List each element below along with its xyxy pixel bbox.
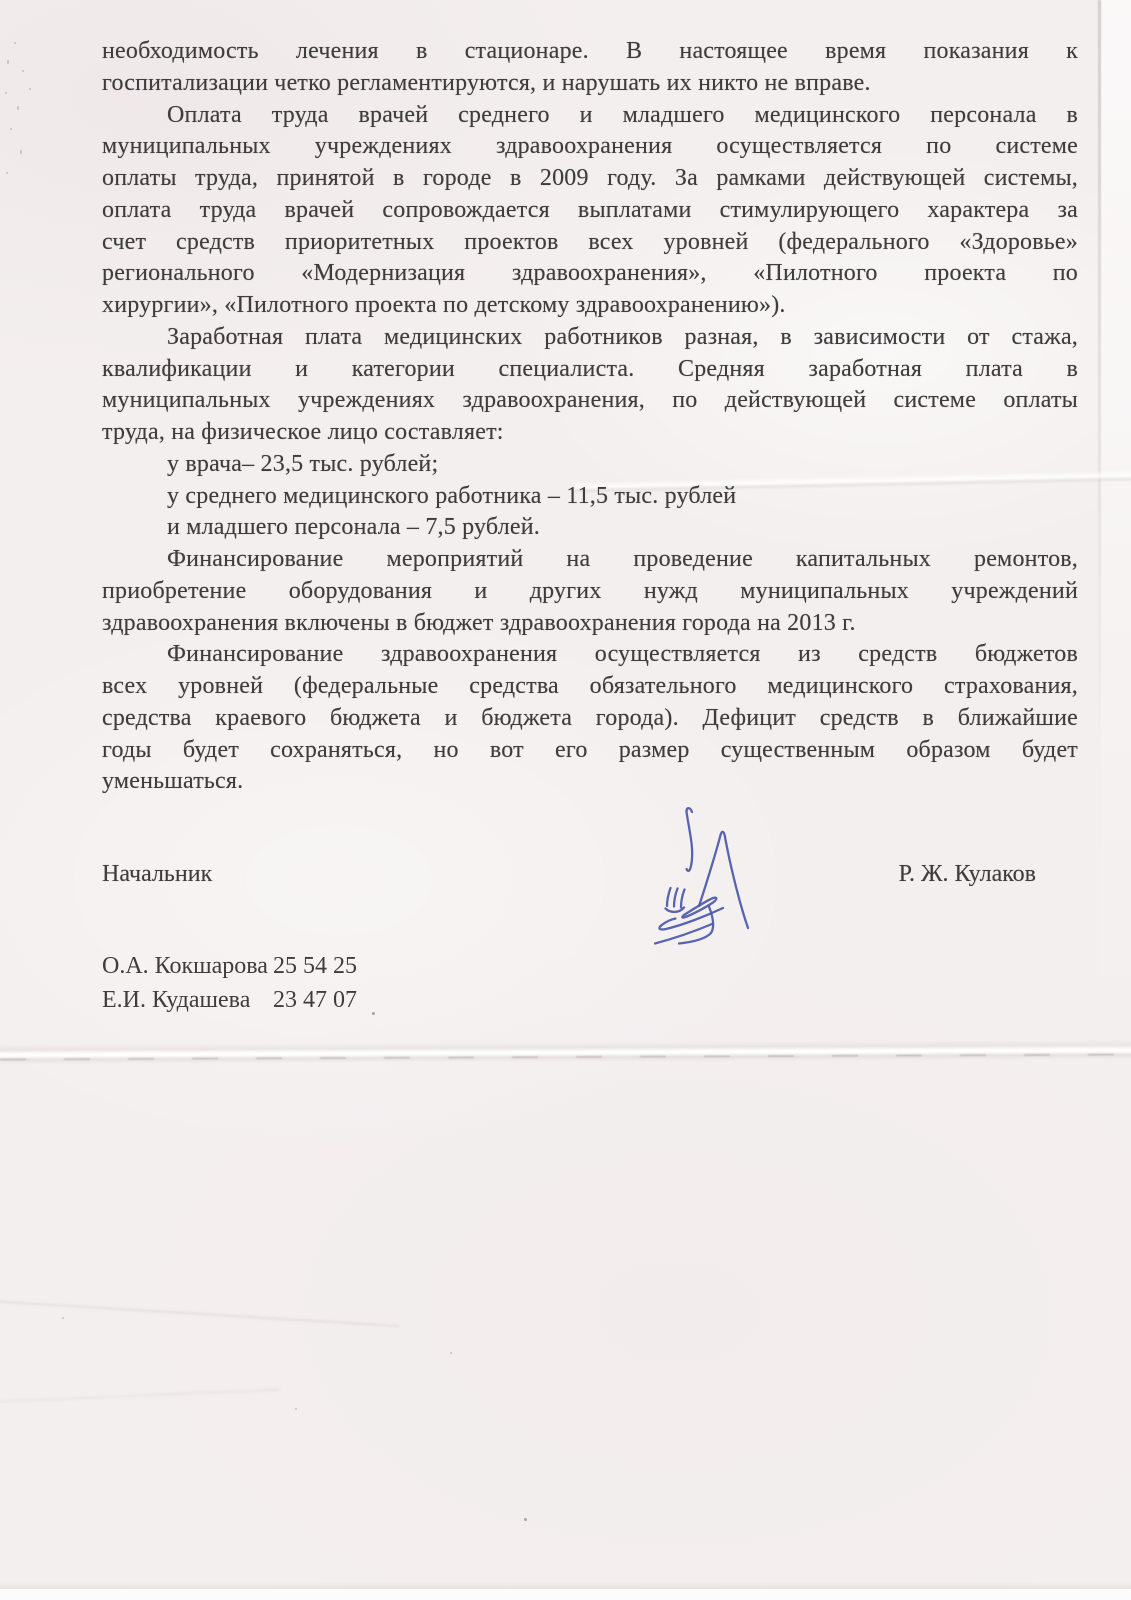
dust-speck <box>7 60 9 64</box>
letter-line: труда, на физическое лицо составляет: <box>102 417 1078 449</box>
executor-contacts: О.А. Кокшарова25 54 25Е.И. Кудашева23 47… <box>102 950 357 1017</box>
letter-line: здравоохранения включены в бюджет здраво… <box>102 608 1078 640</box>
letter-line: всех уровней (федеральные средства обяза… <box>102 671 1078 703</box>
letter-line: Финансирование мероприятий на проведение… <box>102 544 1078 576</box>
contact-row: О.А. Кокшарова25 54 25 <box>102 950 357 984</box>
letter-line: необходимость лечения в стационаре. В на… <box>102 36 1078 68</box>
letter-body: необходимость лечения в стационаре. В на… <box>102 36 1078 798</box>
contact-phone: 23 47 07 <box>273 987 357 1013</box>
contact-name: О.А. Кокшарова <box>102 950 273 984</box>
contact-phone: 25 54 25 <box>273 953 357 979</box>
right-fold-crease-line <box>1098 0 1101 760</box>
contact-row: Е.И. Кудашева23 47 07 <box>102 984 357 1018</box>
bottom-left-crease <box>0 1388 280 1403</box>
dust-speck <box>5 92 7 94</box>
letter-line: хирургии», «Пилотного проекта по детском… <box>102 290 1078 322</box>
letter-line: муниципальных учреждениях здравоохранени… <box>102 131 1078 163</box>
dust-speck <box>6 172 8 174</box>
letter-line: уменьшаться. <box>102 766 1078 798</box>
letter-line: счет средств приоритетных проектов всех … <box>102 227 1078 259</box>
letter-line: госпитализации четко регламентируются, и… <box>102 68 1078 100</box>
letter-line: приобретение оборудования и других нужд … <box>102 576 1078 608</box>
ink-speck <box>372 1012 375 1015</box>
letter-line: Оплата труда врачей среднего и младшего … <box>102 100 1078 132</box>
horizontal-fold-shadow <box>0 1054 1131 1061</box>
letter-line: регионального «Модернизация здравоохране… <box>102 258 1078 290</box>
dust-speck <box>20 150 22 154</box>
handwritten-signature <box>630 788 770 953</box>
letter-line: у врача– 23,5 тыс. рублей; <box>102 449 1078 481</box>
letter-line: у среднего медицинского работника – 11,5… <box>102 481 1078 513</box>
letter-line: оплаты труда, принятой в городе в 2009 г… <box>102 163 1078 195</box>
letter-line: Заработная плата медицинских работников … <box>102 322 1078 354</box>
letter-line: квалификации и категории специалиста. Ср… <box>102 354 1078 386</box>
letter-line: и младшего персонала – 7,5 рублей. <box>102 512 1078 544</box>
letter-line: годы будет сохраняться, но вот его разме… <box>102 735 1078 767</box>
signer-title: Начальник <box>102 858 212 890</box>
dust-speck <box>450 1352 452 1354</box>
dust-speck <box>29 88 31 90</box>
scan-bottom-edge <box>0 1589 1131 1600</box>
scanned-letter-page: необходимость лечения в стационаре. В на… <box>0 0 1131 1600</box>
dust-speck <box>524 1518 527 1521</box>
dust-speck <box>22 70 24 72</box>
right-fold-highlight <box>1101 0 1131 1100</box>
letter-line: муниципальных учреждениях здравоохранени… <box>102 385 1078 417</box>
signature-row: Начальник Р. Ж. Кулаков <box>102 858 1036 890</box>
letter-line: Финансирование здравоохранения осуществл… <box>102 639 1078 671</box>
scan-bottom-edge-shadow <box>0 1582 1131 1589</box>
letter-line: средства краевого бюджета и бюджета горо… <box>102 703 1078 735</box>
dust-speck <box>62 1317 64 1319</box>
dust-speck <box>17 106 19 110</box>
horizontal-fold-crease <box>0 1040 1131 1065</box>
dust-speck <box>295 1408 297 1410</box>
contact-name: Е.И. Кудашева <box>102 984 273 1018</box>
bottom-left-crease <box>0 1299 400 1327</box>
letter-line: оплата труда врачей сопровождается выпла… <box>102 195 1078 227</box>
dust-speck <box>10 128 12 130</box>
dust-speck <box>14 42 16 44</box>
signer-name: Р. Ж. Кулаков <box>899 858 1036 890</box>
